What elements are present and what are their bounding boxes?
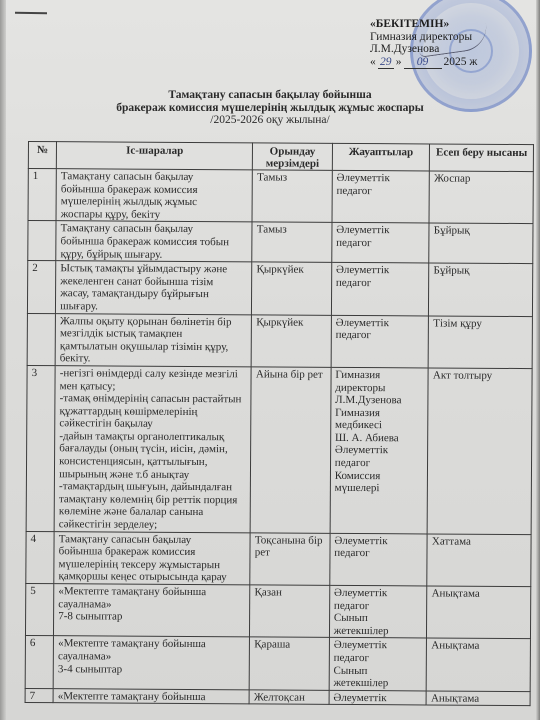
approval-day: 29 <box>378 56 394 70</box>
cell-num: 4 <box>26 531 54 584</box>
cell-responsible: Әлеуметтікпедагог <box>330 533 428 586</box>
table-row: 4Тамақтану сапасын бақылаубойынша бракер… <box>26 531 531 586</box>
cell-report-form: Анықтама <box>426 691 530 706</box>
cell-responsible: Әлеуметтікпедагог <box>331 315 429 368</box>
cell-responsible: Әлеуметтікпедагог <box>332 223 430 263</box>
cell-report-form: Акт толтыру <box>427 368 532 534</box>
cell-report-form: Жоспар <box>429 171 533 224</box>
document-title: Тамақтану сапасын бақылау бойынша бракер… <box>90 89 450 127</box>
cell-report-form: Анықтама <box>427 638 531 691</box>
cell-activity: Тамақтану сапасын бақылаубойынша бракера… <box>56 221 252 262</box>
cell-responsible: Әлеуметтікпедагог <box>331 263 429 316</box>
title-subtitle: /2025-2026 оқу жылына/ <box>90 114 450 127</box>
cell-num: 7 <box>25 688 53 703</box>
cell-num: 1 <box>28 169 56 222</box>
cell-responsible: ГимназиядиректорыЛ.М.ДузеноваГимназиямед… <box>330 367 429 533</box>
title-line-2: бракераж комиссия мүшелерінің жылдық жұм… <box>90 102 450 115</box>
cell-report-form: Бұйрық <box>429 263 533 316</box>
cell-activity: Жалпы оқыту қорынан бөлінетін бірмезгілд… <box>55 313 251 367</box>
approval-month: 09 <box>404 56 442 70</box>
page-left-edge <box>0 0 6 720</box>
table-row: 3-негізгі өнімдерді салу кезінде мезгілі… <box>26 365 532 534</box>
cell-responsible: ӘлеуметтікпедагогСыныпжетекшілер <box>329 638 427 691</box>
cell-deadline: Желтоқсан <box>249 690 329 705</box>
cell-report-form: Хаттама <box>427 534 531 587</box>
cell-responsible: Әлеуметтік <box>329 690 427 705</box>
approval-date: « 29 » 09 2025 ж <box>370 56 530 70</box>
cell-activity: Тамақтану сапасын бақылаубойынша бракера… <box>54 531 250 585</box>
cell-num: 5 <box>25 583 53 636</box>
page-right-edge <box>536 0 540 720</box>
cell-activity: Тамақтану сапасын бақылаубойынша бракера… <box>56 169 252 223</box>
cell-deadline: Тамыз <box>252 222 332 262</box>
cell-activity: Ыстық тамақты ұйымдастыру жәнежекеленген… <box>56 261 252 315</box>
approval-year: 2025 ж <box>444 56 478 69</box>
cell-deadline: Айына бір рет <box>250 367 330 533</box>
table-body: 1Тамақтану сапасын бақылаубойынша бракер… <box>25 169 533 706</box>
header-deadline: Орындау мерзімдері <box>253 143 333 170</box>
table-row: Тамақтану сапасын бақылаубойынша бракера… <box>28 221 533 264</box>
cell-report-form: Тізім құру <box>428 315 532 368</box>
title-line-1: Тамақтану сапасын бақылау бойынша <box>90 89 450 102</box>
table-row: 5«Мектепте тамақтану бойыншасауалнама»7-… <box>25 583 530 638</box>
header-responsible: Жауаптылар <box>332 143 430 171</box>
cell-num <box>28 221 56 261</box>
cell-deadline: Қыркүйек <box>252 262 332 315</box>
cell-report-form: Бұйрық <box>429 223 533 263</box>
cell-report-form: Анықтама <box>427 586 531 639</box>
cell-deadline: Қыркүйек <box>251 314 331 367</box>
cell-deadline: Қараша <box>249 637 329 690</box>
table-header-row: № Іс-шаралар Орындау мерзімдері Жауаптыл… <box>28 142 533 172</box>
table-row: 6«Мектепте тамақтану бойыншасауалнама»3-… <box>25 636 530 691</box>
header-report-form: Есеп беру нысаны <box>430 144 534 172</box>
quote-open: « <box>370 56 376 69</box>
quote-close: » <box>396 56 402 69</box>
work-plan-table: № Іс-шаралар Орындау мерзімдері Жауаптыл… <box>25 141 534 706</box>
cell-activity: «Мектепте тамақтану бойынша <box>53 688 249 704</box>
header-activities: Іс-шаралар <box>56 142 252 170</box>
cell-deadline: Қазан <box>250 585 330 638</box>
cell-deadline: Тоқсанына бір рет <box>250 532 330 585</box>
table-row: Жалпы оқыту қорынан бөлінетін бірмезгілд… <box>27 313 532 368</box>
cell-deadline: Тамыз <box>252 170 332 223</box>
cell-num <box>27 313 55 366</box>
cell-num: 3 <box>26 365 55 531</box>
table-row: 2Ыстық тамақты ұйымдастыру жәнежекеленге… <box>27 261 532 316</box>
cell-responsible: Әлеуметтікпедагог <box>332 170 430 223</box>
cell-activity: «Мектепте тамақтану бойыншасауалнама»7-8… <box>54 584 250 638</box>
cell-num: 6 <box>25 636 53 689</box>
table-row: 1Тамақтану сапасын бақылаубойынша бракер… <box>28 169 533 224</box>
cell-responsible: ӘлеуметтікпедагогСыныпжетекшілер <box>329 585 427 638</box>
cell-activity: -негізгі өнімдерді салу кезінде мезгілім… <box>54 366 251 533</box>
table-row: 7«Мектепте тамақтану бойыншаЖелтоқсанӘле… <box>25 688 530 706</box>
header-num: № <box>28 142 56 169</box>
cell-num: 2 <box>27 261 55 314</box>
pen-mark <box>15 12 47 15</box>
cell-activity: «Мектепте тамақтану бойыншасауалнама»3-4… <box>53 636 249 690</box>
